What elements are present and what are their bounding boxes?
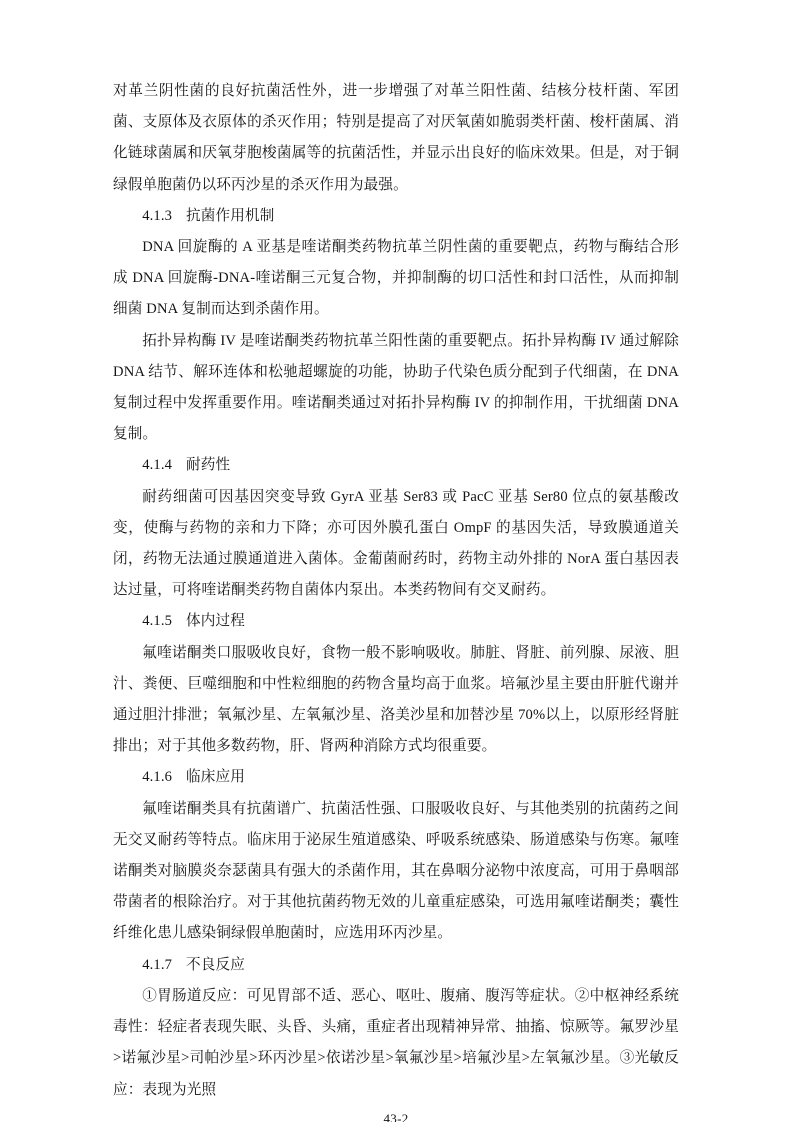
paragraph-pharmacokinetics: 氟喹诺酮类口服吸收良好，食物一般不影响吸收。肺脏、肾脏、前列腺、尿液、胆汁、粪便…	[113, 638, 679, 763]
paragraph-adverse-reactions: ①胃肠道反应：可见胃部不适、恶心、呕吐、腹痛、腹泻等症状。②中枢神经系统毒性：轻…	[113, 981, 679, 1106]
paragraph-continuation: 对革兰阴性菌的良好抗菌活性外，进一步增强了对革兰阳性菌、结核分枝杆菌、军团菌、支…	[113, 76, 679, 201]
section-title: 体内过程	[186, 613, 245, 629]
section-title: 抗菌作用机制	[186, 208, 274, 224]
document-page: 对革兰阴性菌的良好抗菌活性外，进一步增强了对革兰阳性菌、结核分枝杆菌、军团菌、支…	[0, 0, 793, 1122]
page-number: 43-2	[113, 1108, 679, 1122]
section-number: 4.1.7	[142, 957, 172, 973]
section-heading-4-1-3: 4.1.3抗菌作用机制	[113, 201, 679, 232]
section-number: 4.1.6	[142, 769, 172, 785]
paragraph-topoisomerase: 拓扑异构酶 IV 是喹诺酮类药物抗革兰阳性菌的重要靶点。拓扑异构酶 IV 通过解…	[113, 326, 679, 451]
paragraph-dna-gyrase: DNA 回旋酶的 A 亚基是喹诺酮类药物抗革兰阴性菌的重要靶点，药物与酶结合形成…	[113, 232, 679, 326]
section-heading-4-1-5: 4.1.5体内过程	[113, 606, 679, 637]
section-title: 耐药性	[186, 457, 230, 473]
section-number: 4.1.3	[142, 208, 172, 224]
section-title: 不良反应	[186, 957, 245, 973]
section-heading-4-1-4: 4.1.4耐药性	[113, 450, 679, 481]
section-number: 4.1.4	[142, 457, 172, 473]
paragraph-clinical-use: 氟喹诺酮类具有抗菌谱广、抗菌活性强、口服吸收良好、与其他类别的抗菌药之间无交叉耐…	[113, 794, 679, 950]
section-number: 4.1.5	[142, 613, 172, 629]
paragraph-drug-resistance: 耐药细菌可因基因突变导致 GyrA 亚基 Ser83 或 PacC 亚基 Ser…	[113, 482, 679, 607]
section-heading-4-1-7: 4.1.7不良反应	[113, 950, 679, 981]
section-heading-4-1-6: 4.1.6临床应用	[113, 762, 679, 793]
section-title: 临床应用	[186, 769, 245, 785]
